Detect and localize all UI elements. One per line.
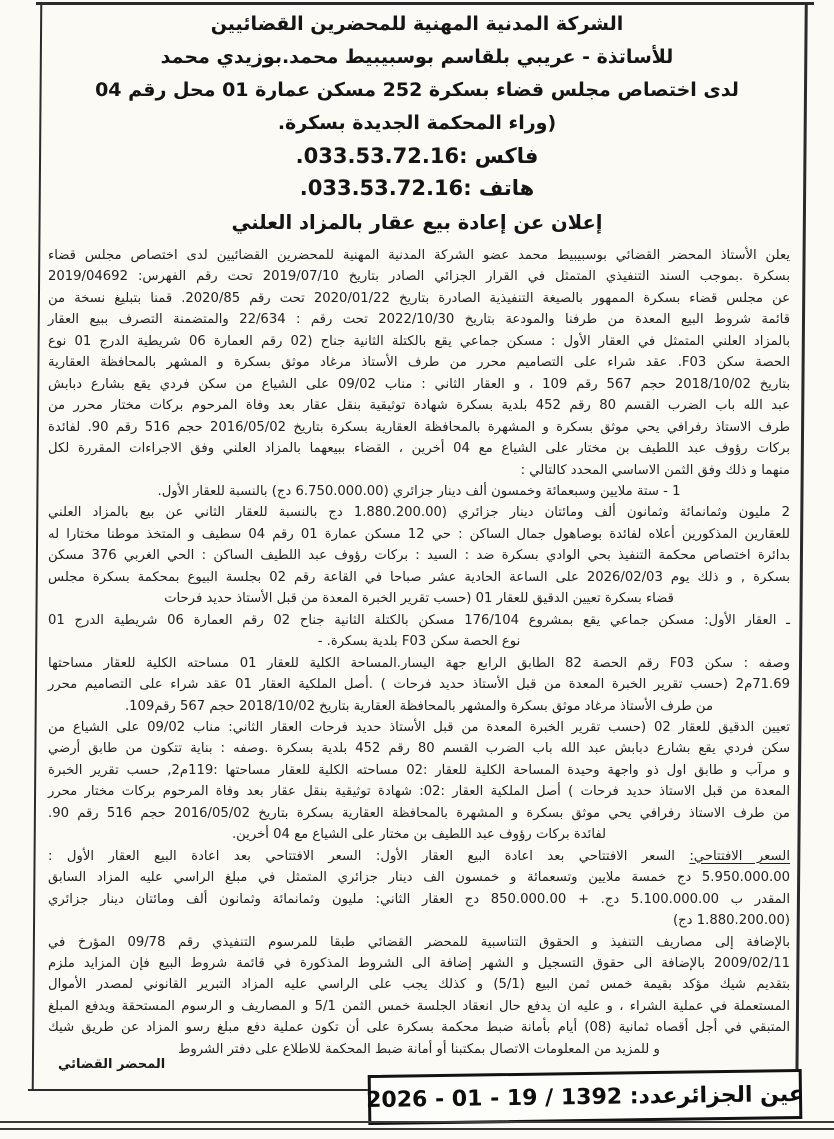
body-line: قضاء بسكرة تعيين الدقيق للعقار 01 (حسب ت… (48, 588, 790, 609)
body-line: بسكرة .بموجب السند التنفيذي المتمثل في ا… (48, 266, 790, 287)
body-line: المعدة من قبل الاستاذ حديد فرحات ) أصل ا… (48, 781, 790, 802)
body-line: يعلن الأستاذ المحضر القضائي بوسبيبيط محم… (48, 245, 790, 266)
body-line: (1.880.200.00 دج) (48, 910, 790, 931)
company-name: الشركة المدنية المهنية للمحضرين القضائيي… (44, 8, 790, 41)
body-line: ـ العقار الأول: مسكن جماعي يقع بمشروع 17… (48, 610, 790, 631)
frame-right-border (795, 3, 808, 1097)
body-line: بتقديم شيك مؤكد بقيمة خمس ثمن البيع (5/1… (48, 974, 790, 995)
body-line: المتبقي في أجل أقصاه ثمانية (08) أيام بأ… (48, 1017, 790, 1038)
newspaper-stamp-box: عين الجزائرعدد: 1392 / 19 - 01 - 2026 (368, 1069, 803, 1125)
body-line: منهما و ذلك وفق الثمن الاساسي المحدد كال… (48, 460, 790, 481)
body-line: بالمزاد العلني المتمثل في العقار الأول :… (48, 331, 790, 352)
body-line: 2009/02/11 بالإضافة الى حقوق التسجيل و ا… (48, 953, 790, 974)
body-line: بدائرة اختصاص محكمة التنفيذ بحي الوادي ب… (48, 545, 790, 566)
frame-top-border (36, 2, 814, 5)
body-line: بسكرة , و ذلك يوم 2026/02/03 على الساعة … (48, 567, 790, 588)
office-address: لدى اختصاص مجلس قضاء بسكرة 252 مسكن عمار… (44, 74, 790, 107)
body-line: 5.950.000.00 دج خمسة ملايين وتسعمائة و خ… (48, 867, 790, 888)
body-line: سكن فردي يقع بشارع دبابش عبد الله باب ال… (48, 738, 790, 759)
body-line: بركات رؤوف عبد اللطيف بن مختار على الشيا… (48, 438, 790, 459)
body-line: لفائدة بركات رؤوف عبد اللطيف بن مختار عل… (48, 824, 790, 845)
body-line: بالإضافة إلى مصاريف التنفيذ و الحقوق الت… (48, 932, 790, 953)
body-line: نوع الحصة سكن F03 بلدية بسكرة. - (48, 631, 790, 652)
body-line: عن مجلس قضاء بسكرة الممهور بالصيغة التنف… (48, 288, 790, 309)
body-line: تعيين الدقيق للعقار 02 (حسب تقرير الخبرة… (48, 717, 790, 738)
body-line: من طرف الاستاذ رفرافي يحي موثق بسكرة و ا… (48, 803, 790, 824)
body-line: المستعملة في عملية الشراء ، و عليه ان يد… (48, 996, 790, 1017)
body-line: 2 مليون وثمانمائة وثمانون ألف ومائتان دي… (48, 502, 790, 523)
announcement-title: إعلان عن إعادة بيع عقار بالمزاد العلني (44, 206, 790, 240)
body-line: من طرف الأستاذ مرغاد موثق بسكرة والمشهر … (48, 696, 790, 717)
office-location: (وراء المحكمة الجديدة بسكرة. (44, 107, 790, 140)
attorneys-names: للأساتذة - عريبي بلقاسم بوسبيبيط محمد.بو… (44, 41, 790, 74)
body-line: طرف الاستاذ رفرافي يحي موثق بسكرة و المش… (48, 417, 790, 438)
bottom-double-rule (0, 1121, 834, 1130)
frame-bottom-border (28, 1089, 386, 1091)
body-line: الحصة سكن F03. عقد شراء على التصاميم محر… (48, 352, 790, 373)
body-line: للعقارين المذكورين أعلاه لفائدة بوصاهول … (48, 524, 790, 545)
scanned-legal-notice-page: الشركة المدنية المهنية للمحضرين القضائيي… (0, 0, 834, 1139)
body-line: 1 - ستة ملايين وسبعمائة وخمسون ألف دينار… (48, 481, 790, 502)
fax-number: فاكس :033.53.72.16. (44, 140, 790, 172)
frame-left-border (32, 3, 43, 1091)
letterhead: الشركة المدنية المهنية للمحضرين القضائيي… (44, 8, 790, 240)
body-text: يعلن الأستاذ المحضر القضائي بوسبيبيط محم… (48, 245, 790, 1060)
body-line: وصفه : سكن F03 رقم الحصة 82 الطابق الراب… (48, 653, 790, 674)
body-line: المقدر ب 5.100.000.00 دج. + 850.000.00 د… (48, 889, 790, 910)
body-line: و مرآب و طابق اول ذو واجهة وحيدة المساحة… (48, 760, 790, 781)
body-line: 71.69م2 (حسب تقرير الخبرة المعدة من قبل … (48, 674, 790, 695)
body-line: السعر الافتتاحي: السعر الافتتاحي بعد اعا… (48, 846, 790, 867)
body-line: قائمة شروط البيع المعدة من طرفنا والمودع… (48, 309, 790, 330)
bailiff-signature-label: المحضر القضائي (58, 1057, 165, 1072)
underlined-lead: السعر الافتتاحي: (689, 849, 790, 864)
body-line: عبد الله باب الضرب القسم 80 رقم 452 بلدي… (48, 395, 790, 416)
body-line: بتاريخ 2018/10/02 حجم 567 رقم 109 ، و ال… (48, 374, 790, 395)
phone-number: هاتف :033.53.72.16. (44, 172, 790, 204)
